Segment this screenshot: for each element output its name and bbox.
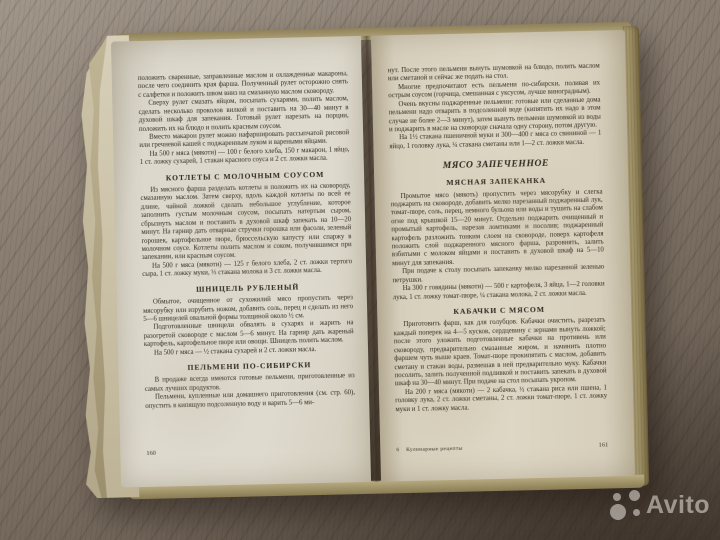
recipe-paragraph: Сверху рулет смазать яйцом, посыпать сух… [138, 96, 349, 134]
recipe-heading: КАБАЧКИ С МЯСОМ [393, 303, 605, 317]
left-page-content: положить сваренные, заправленные маслом … [138, 70, 356, 443]
recipe-heading: МЯСНАЯ ЗАПЕКАНКА [390, 175, 602, 189]
recipe-heading: КОТЛЕТЫ С МОЛОЧНЫМ СОУСОМ [140, 169, 350, 183]
ingredients-paragraph: На 500 г мяса (мякоти) — 125 г белого хл… [142, 258, 352, 280]
recipe-paragraph: Из мясного фарша разделать котлеты и пол… [140, 182, 352, 263]
running-title: Кулинарные рецепты [406, 446, 463, 453]
ingredients-paragraph: На 500 г мяса (мякоти) — 100 г белого хл… [139, 146, 349, 168]
left-page: положить сваренные, заправленные маслом … [111, 36, 371, 488]
recipe-heading: ШНИЦЕЛЬ РУБЛЕНЫЙ [143, 281, 353, 295]
avito-watermark: Avito [610, 489, 710, 522]
page-number-right: 161 [599, 441, 609, 448]
recipe-heading: ПЕЛЬМЕНИ ПО-СИБИРСКИ [144, 359, 354, 373]
ingredients-paragraph: На 1½ стакана пшеничной муки и 300—400 г… [389, 130, 601, 152]
page-spread: положить сваренные, заправленные маслом … [111, 30, 635, 488]
page-number-left: 160 [146, 450, 156, 457]
avito-wordmark: Avito [646, 491, 710, 520]
avito-logo-icon [610, 489, 641, 522]
open-book: положить сваренные, заправленные маслом … [75, 20, 649, 501]
recipe-paragraph: Промытое мясо (мякоть) пропустить через … [390, 188, 604, 269]
right-page-content: нут. После этого пельмени вынуть шумовко… [388, 63, 608, 438]
recipe-paragraph: Очень вкусны поджаренные пельмени: готов… [388, 96, 601, 134]
right-page-footer: 6 Кулинарные рецепты 161 [396, 441, 608, 453]
right-page: нут. После этого пельмени вынуть шумовко… [371, 30, 635, 482]
printer-signature: 6 [396, 447, 399, 453]
section-heading: МЯСО ЗАПЕЧЕННОЕ [390, 157, 602, 174]
ingredients-paragraph: На 300 г говядины (мякоти) — 500 г карто… [393, 281, 605, 303]
ingredients-paragraph: На 200 г мяса (мякоти) — 2 кабачка, ½ ст… [395, 384, 608, 414]
recipe-paragraph: Приготовить фарш, как для голубцов. Каба… [393, 317, 606, 389]
wood-table-background: положить сваренные, заправленные маслом … [0, 0, 720, 540]
recipe-paragraph: Пельмени, купленные или домашнего пригот… [145, 389, 355, 411]
recipe-paragraph: Подготовленные шницели обвалять в сухаря… [143, 320, 354, 350]
